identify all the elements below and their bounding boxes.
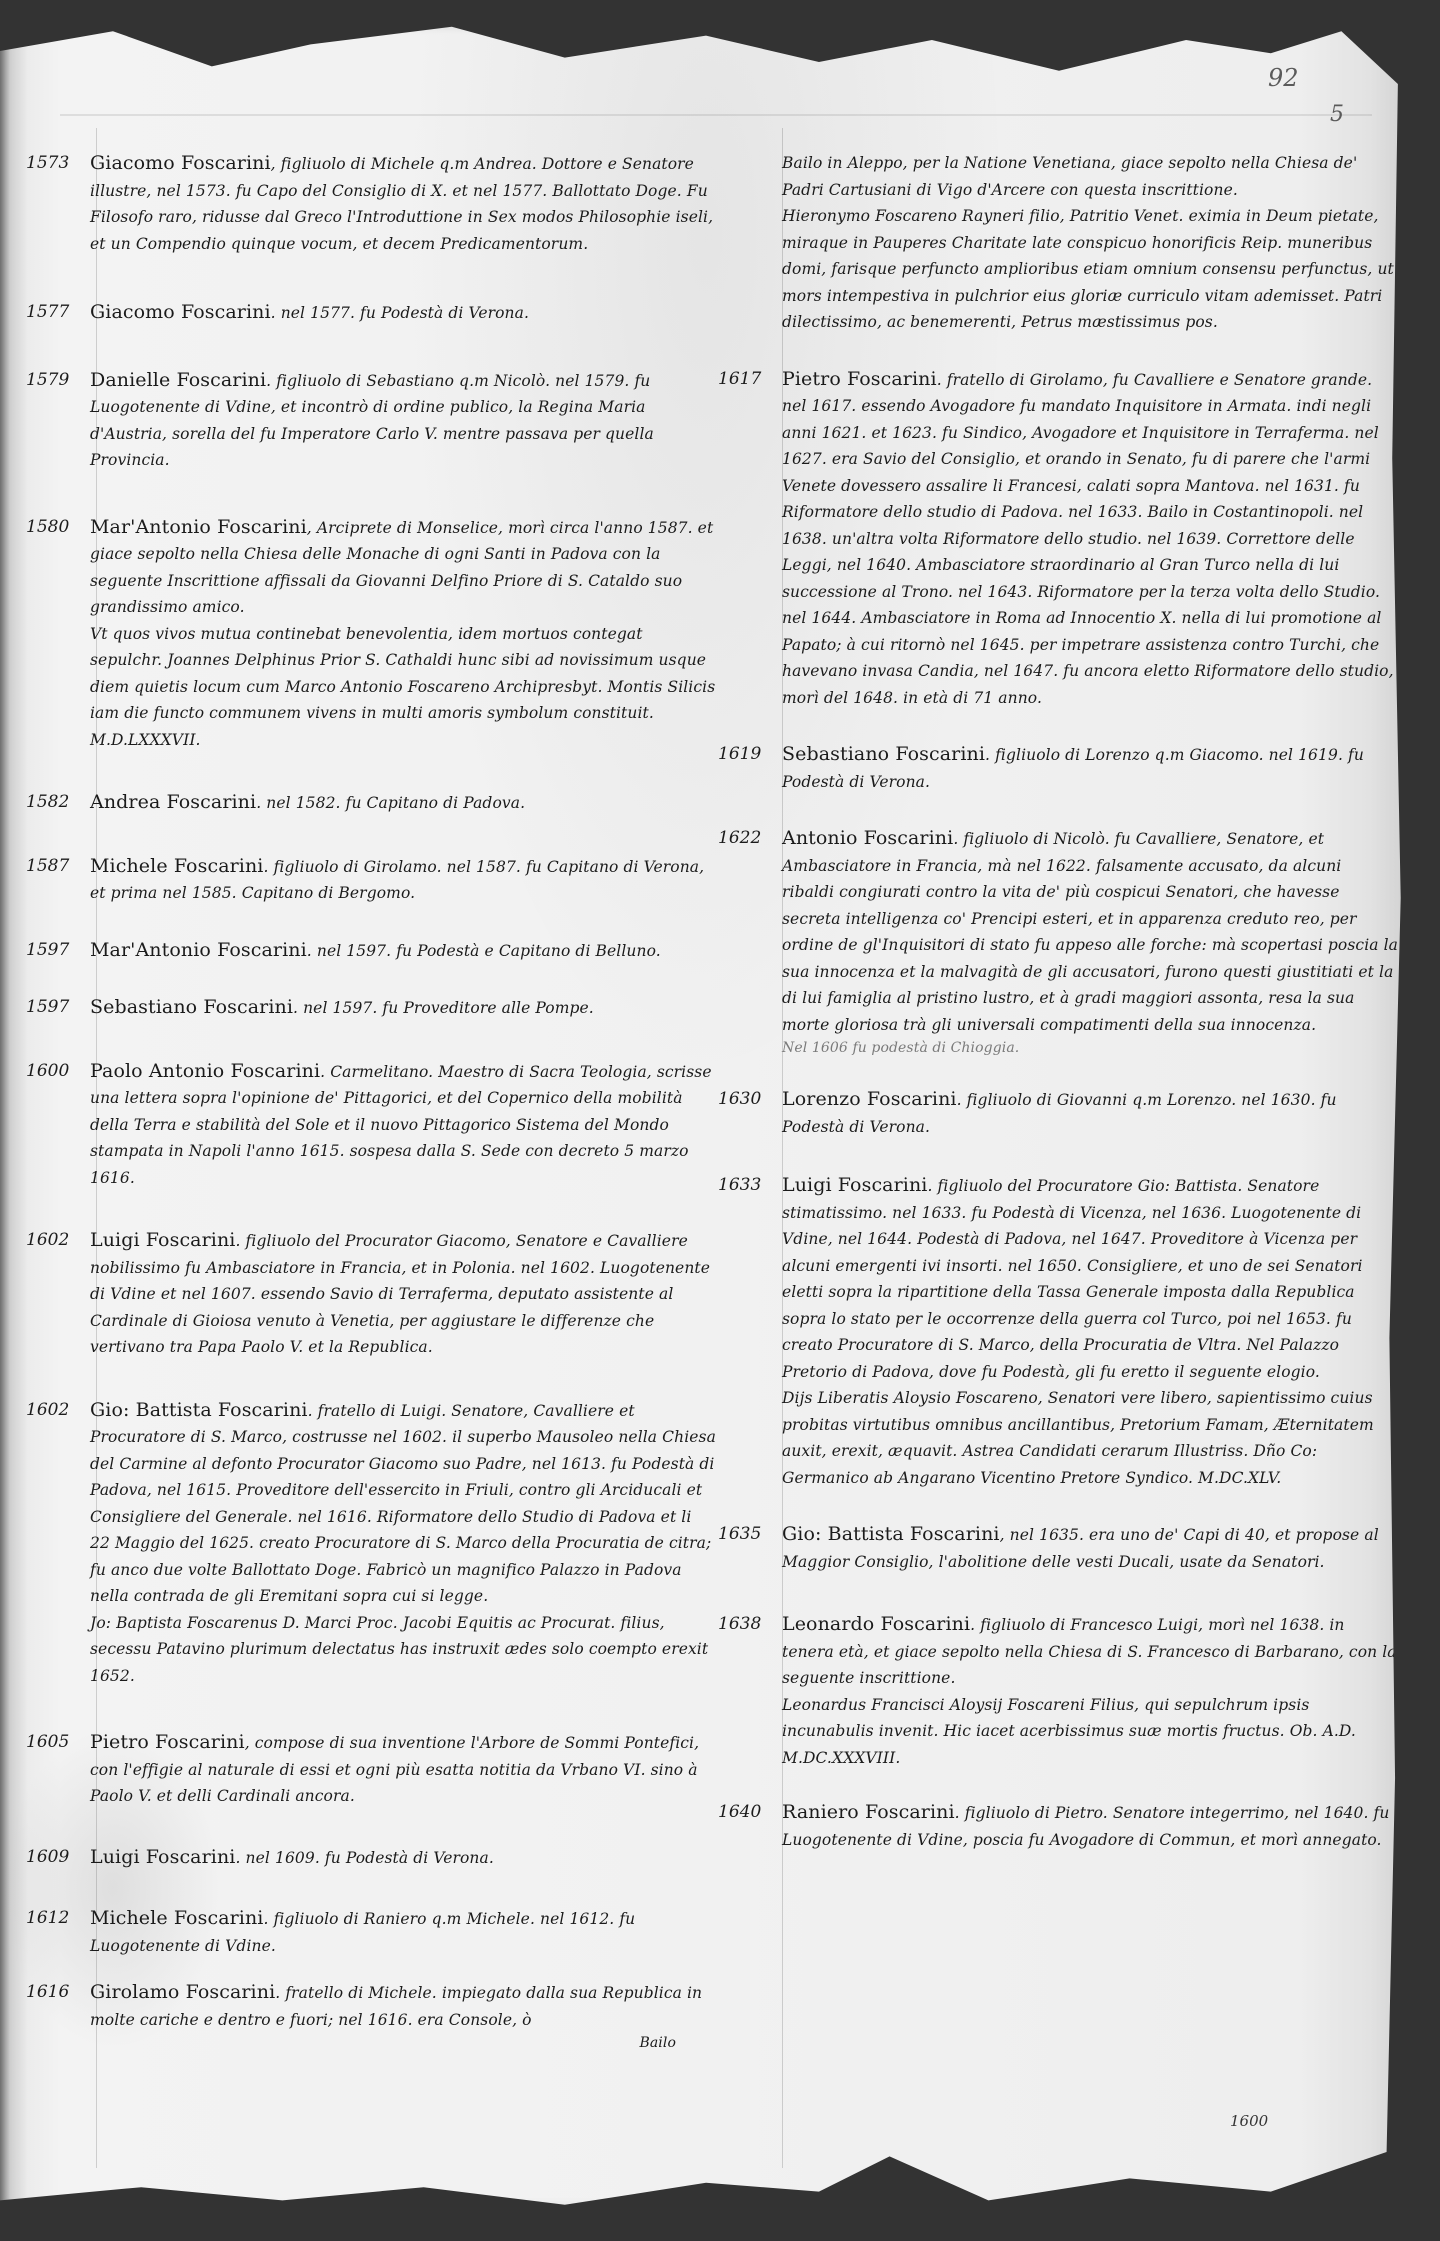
elogy-inscription: Dijs Liberatis Aloysio Foscareno, Senato… [782, 1385, 1398, 1491]
entry-body: Sebastiano Foscarini. figliuolo di Loren… [782, 741, 1398, 795]
manuscript-leaf: 92 5 1573 Giacomo Foscarini, figliuolo d… [0, 18, 1412, 2218]
entry-text: Bailo in Aleppo, per la Natione Venetian… [782, 150, 1398, 203]
entry-year: 1597 [26, 994, 90, 1020]
entry-1609-luigi: 1609 Luigi Foscarini. nel 1609. fu Podes… [26, 1844, 716, 1872]
entry-name: Sebastiano Foscarini [90, 996, 293, 1018]
entry-1600-paoloantonio: 1600 Paolo Antonio Foscarini. Carmelitan… [26, 1058, 716, 1192]
entry-text: nel 1582. fu Capitano di Padova. [266, 794, 525, 812]
entry-name: Pietro Foscarini [90, 1731, 245, 1753]
entry-body: Paolo Antonio Foscarini. Carmelitano. Ma… [90, 1058, 716, 1192]
epitaph-inscription: Leonardus Francisci Aloysij Foscareni Fi… [782, 1692, 1398, 1772]
entry-body: Andrea Foscarini. nel 1582. fu Capitano … [90, 789, 716, 817]
entry-body: Danielle Foscarini. figliuolo di Sebasti… [90, 367, 716, 474]
entry-name: Sebastiano Foscarini [782, 743, 985, 765]
entry-name: Luigi Foscarini [90, 1846, 235, 1868]
fold-line [60, 114, 1372, 116]
entry-name: Pietro Foscarini [782, 368, 937, 390]
entry-name: Giacomo Foscarini [90, 152, 271, 174]
entry-name: Andrea Foscarini [90, 791, 256, 813]
entry-year: 1619 [718, 741, 782, 767]
entry-name: Mar'Antonio Foscarini [90, 516, 307, 538]
entry-body: Lorenzo Foscarini. figliuolo di Giovanni… [782, 1086, 1398, 1140]
entry-1597-sebastiano: 1597 Sebastiano Foscarini. nel 1597. fu … [26, 994, 716, 1022]
entry-name: Girolamo Foscarini [90, 1981, 275, 2003]
scanned-page: 92 5 1573 Giacomo Foscarini, figliuolo d… [0, 0, 1440, 2241]
entry-year: 1605 [26, 1729, 90, 1755]
epitaph-inscription: Hieronymo Foscareno Rayneri filio, Patri… [782, 203, 1398, 336]
right-column: Bailo in Aleppo, per la Natione Venetian… [718, 150, 1398, 1853]
folio-number: 92 [1268, 64, 1299, 92]
entry-year: 1573 [26, 150, 90, 176]
entry-year: 1579 [26, 367, 90, 393]
entry-name: Giacomo Foscarini [90, 301, 271, 323]
entry-name: Lorenzo Foscarini [782, 1088, 957, 1110]
entry-year: 1630 [718, 1086, 782, 1112]
entry-name: Michele Foscarini [90, 855, 264, 877]
entry-body: Pietro Foscarini, compose di sua inventi… [90, 1729, 716, 1810]
entry-1612-michele: 1612 Michele Foscarini. figliuolo di Ran… [26, 1905, 716, 1959]
entry-body: Leonardo Foscarini. figliuolo di Frances… [782, 1611, 1398, 1771]
entry-body: Luigi Foscarini. nel 1609. fu Podestà di… [90, 1844, 716, 1872]
entry-body: Raniero Foscarini. figliuolo di Pietro. … [782, 1799, 1398, 1853]
entry-name: Danielle Foscarini [90, 369, 266, 391]
entry-year: 1580 [26, 514, 90, 540]
entry-year: 1602 [26, 1227, 90, 1253]
entry-year: 1600 [26, 1058, 90, 1084]
entry-body: Antonio Foscarini. figliuolo di Nicolò. … [782, 825, 1398, 1058]
entry-text: nel 1597. fu Podestà e Capitano di Bellu… [317, 942, 661, 960]
catchword: 1600 [1230, 2112, 1268, 2130]
entry-text: nel 1577. fu Podestà di Verona. [281, 304, 529, 322]
entry-1619-sebastiano: 1619 Sebastiano Foscarini. figliuolo di … [718, 741, 1398, 795]
later-annotation: Nel 1606 fu podestà di Chioggia. [782, 1038, 1398, 1058]
entry-1630-lorenzo: 1630 Lorenzo Foscarini. figliuolo di Gio… [718, 1086, 1398, 1140]
entry-1635-giobattista: 1635 Gio: Battista Foscarini, nel 1635. … [718, 1521, 1398, 1575]
left-column: 1573 Giacomo Foscarini, figliuolo di Mic… [26, 150, 716, 2053]
entry-year: 1602 [26, 1397, 90, 1423]
entry-1580-marantonio: 1580 Mar'Antonio Foscarini, Arciprete di… [26, 514, 716, 754]
entry-text: nel 1609. fu Podestà di Verona. [246, 1849, 494, 1867]
entry-1617-pietro: 1617 Pietro Foscarini. fratello di Girol… [718, 366, 1398, 712]
entry-year: 1612 [26, 1905, 90, 1931]
entry-body: Pietro Foscarini. fratello di Girolamo, … [782, 366, 1398, 712]
entry-1573-giacomo: 1573 Giacomo Foscarini, figliuolo di Mic… [26, 150, 716, 257]
entry-1577-giacomo: 1577 Giacomo Foscarini. nel 1577. fu Pod… [26, 299, 716, 327]
entry-1640-raniero: 1640 Raniero Foscarini. figliuolo di Pie… [718, 1799, 1398, 1853]
entry-1587-michele: 1587 Michele Foscarini. figliuolo di Gir… [26, 853, 716, 907]
entry-body: Gio: Battista Foscarini, nel 1635. era u… [782, 1521, 1398, 1575]
entry-name: Michele Foscarini [90, 1907, 264, 1929]
entry-year: 1597 [26, 937, 90, 963]
entry-body: Gio: Battista Foscarini. fratello di Lui… [90, 1397, 716, 1690]
entry-year: 1616 [26, 1979, 90, 2005]
entry-year: 1587 [26, 853, 90, 879]
entry-body: Luigi Foscarini. figliuolo del Procurato… [782, 1172, 1398, 1491]
entry-year: 1638 [718, 1611, 782, 1637]
entry-name: Antonio Foscarini [782, 827, 953, 849]
entry-year: 1609 [26, 1844, 90, 1870]
entry-year: 1617 [718, 366, 782, 392]
epitaph-inscription: Vt quos vivos mutua continebat benevolen… [90, 621, 716, 754]
sheet-number: 5 [1330, 102, 1344, 127]
entry-year: 1633 [718, 1172, 782, 1198]
entry-body: Mar'Antonio Foscarini, Arciprete di Mons… [90, 514, 716, 754]
entry-text: figliuolo del Procuratore Gio: Battista.… [782, 1177, 1363, 1381]
entry-1579-danielle: 1579 Danielle Foscarini. figliuolo di Se… [26, 367, 716, 474]
entry-body: Girolamo Foscarini. fratello di Michele.… [90, 1979, 716, 2053]
catchword-trail: Bailo [90, 2033, 716, 2053]
entry-name: Paolo Antonio Foscarini [90, 1060, 320, 1082]
entry-text: figliuolo di Nicolò. fu Cavalliere, Sena… [782, 830, 1398, 1034]
entry-text: fratello di Girolamo, fu Cavalliere e Se… [782, 371, 1394, 707]
entry-year: 1577 [26, 299, 90, 325]
entry-1616-girolamo: 1616 Girolamo Foscarini. fratello di Mic… [26, 1979, 716, 2053]
entry-1602-giobattista: 1602 Gio: Battista Foscarini. fratello d… [26, 1397, 716, 1690]
entry-body: Sebastiano Foscarini. nel 1597. fu Prove… [90, 994, 716, 1022]
entry-text: nel 1597. fu Proveditore alle Pompe. [303, 999, 594, 1017]
entry-name: Leonardo Foscarini [782, 1613, 970, 1635]
entry-body: Giacomo Foscarini. nel 1577. fu Podestà … [90, 299, 716, 327]
entry-name: Gio: Battista Foscarini [90, 1399, 308, 1421]
entry-body: Mar'Antonio Foscarini. nel 1597. fu Pode… [90, 937, 716, 965]
entry-1616-continuation: Bailo in Aleppo, per la Natione Venetian… [718, 150, 1398, 336]
entry-1638-leonardo: 1638 Leonardo Foscarini. figliuolo di Fr… [718, 1611, 1398, 1771]
entry-body: Giacomo Foscarini, figliuolo di Michele … [90, 150, 716, 257]
entry-body: Michele Foscarini. figliuolo di Girolamo… [90, 853, 716, 907]
entry-year: 1635 [718, 1521, 782, 1547]
palace-inscription: Jo: Baptista Foscarenus D. Marci Proc. J… [90, 1610, 716, 1690]
entry-body: Bailo in Aleppo, per la Natione Venetian… [782, 150, 1398, 336]
entry-1582-andrea: 1582 Andrea Foscarini. nel 1582. fu Capi… [26, 789, 716, 817]
entry-name: Luigi Foscarini [782, 1174, 927, 1196]
entry-year: 1640 [718, 1799, 782, 1825]
entry-name: Raniero Foscarini [782, 1801, 955, 1823]
entry-body: Luigi Foscarini. figliuolo del Procurato… [90, 1227, 716, 1361]
entry-1605-pietro: 1605 Pietro Foscarini, compose di sua in… [26, 1729, 716, 1810]
entry-body: Michele Foscarini. figliuolo di Raniero … [90, 1905, 716, 1959]
entry-1633-luigi: 1633 Luigi Foscarini. figliuolo del Proc… [718, 1172, 1398, 1491]
entry-year: 1582 [26, 789, 90, 815]
entry-name: Gio: Battista Foscarini [782, 1523, 1000, 1545]
entry-1602-luigi: 1602 Luigi Foscarini. figliuolo del Proc… [26, 1227, 716, 1361]
entry-year: 1622 [718, 825, 782, 851]
entry-text: fratello di Luigi. Senatore, Cavalliere … [90, 1402, 716, 1606]
entry-1622-antonio: 1622 Antonio Foscarini. figliuolo di Nic… [718, 825, 1398, 1058]
entry-1597-marantonio: 1597 Mar'Antonio Foscarini. nel 1597. fu… [26, 937, 716, 965]
entry-name: Mar'Antonio Foscarini [90, 939, 307, 961]
entry-name: Luigi Foscarini [90, 1229, 235, 1251]
